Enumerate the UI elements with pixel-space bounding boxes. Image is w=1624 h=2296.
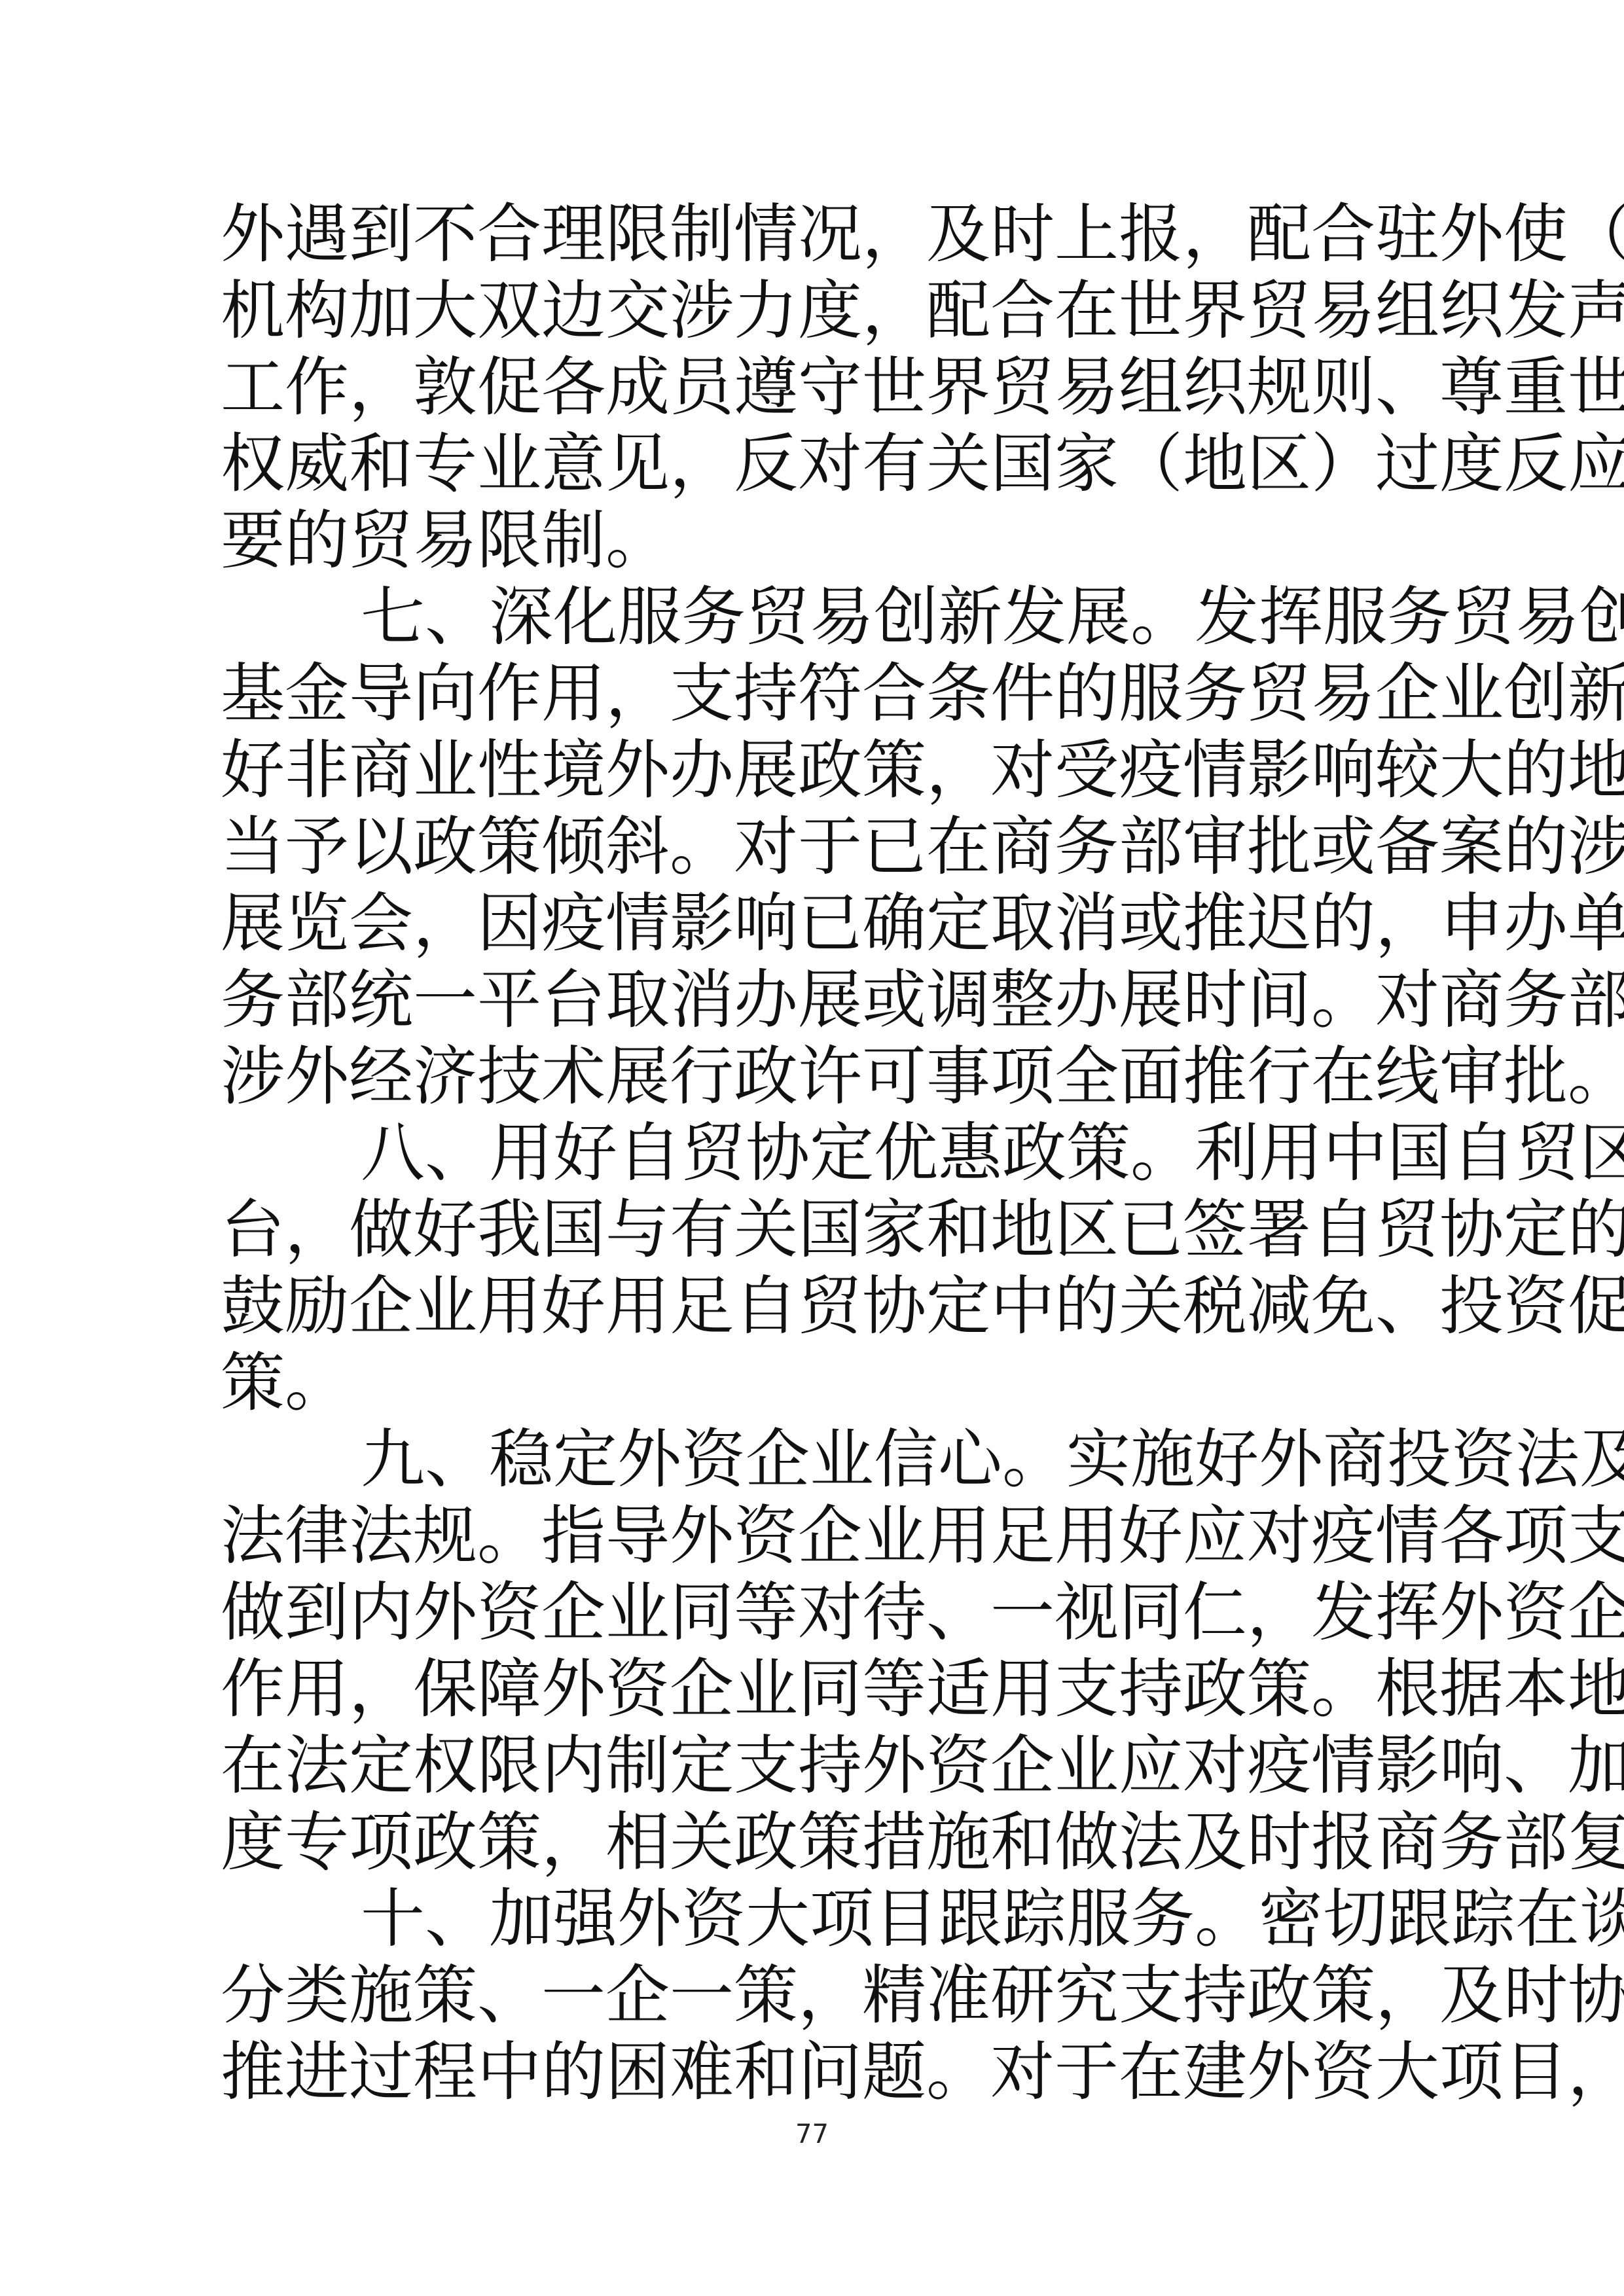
- text-line: 法律法规。指导外资企业用足用好应对疫情各项支持政策措施，: [221, 1498, 1412, 1575]
- body-text: 外遇到不合理限制情况，及时上报，配合驻外使（领）馆经商 机构加大双边交涉力度，配…: [221, 196, 1412, 2111]
- paragraph-heading-line: 八、用好自贸协定优惠政策。利用中国自贸区服务网等平: [221, 1115, 1412, 1192]
- text-line: 外遇到不合理限制情况，及时上报，配合驻外使（领）馆经商: [221, 196, 1412, 273]
- text-line: 在法定权限内制定支持外资企业应对疫情影响、加大稳外资力: [221, 1728, 1412, 1804]
- text-line: 权威和专业意见，反对有关国家（地区）过度反应和施加不必: [221, 426, 1412, 503]
- text-line: 工作，敦促各成员遵守世界贸易组织规则、尊重世界卫生组织: [221, 350, 1412, 426]
- paragraph-heading-line: 七、深化服务贸易创新发展。发挥服务贸易创新发展引导: [221, 579, 1412, 656]
- text-line: 好非商业性境外办展政策，对受疫情影响较大的地区和企业适: [221, 732, 1412, 809]
- paragraph-heading-line: 十、加强外资大项目跟踪服务。密切跟踪在谈外资大项目，: [221, 1881, 1412, 1958]
- text-line: 机构加大双边交涉力度，配合在世界贸易组织发声、做相关方: [221, 273, 1412, 350]
- page-number: 77: [0, 2119, 1624, 2149]
- text-line: 务部统一平台取消办展或调整办展时间。对商务部实施的两种: [221, 962, 1412, 1039]
- document-page: 外遇到不合理限制情况，及时上报，配合驻外使（领）馆经商 机构加大双边交涉力度，配…: [0, 0, 1624, 2296]
- text-line: 推进过程中的困难和问题。对于在建外资大项目，开展“点对: [221, 2034, 1412, 2111]
- text-line: 度专项政策，相关政策措施和做法及时报商务部复制推广。: [221, 1804, 1412, 1881]
- text-line: 基金导向作用，支持符合条件的服务贸易企业创新发展。落实: [221, 656, 1412, 732]
- text-line: 鼓励企业用好用足自贸协定中的关税减免、投资促进等优惠政: [221, 1268, 1412, 1345]
- text-line: 做到内外资企业同等对待、一视同仁，发挥外资企业投诉机制: [221, 1575, 1412, 1651]
- text-line: 策。: [221, 1345, 1412, 1422]
- text-line: 作用，保障外资企业同等适用支持政策。根据本地实际情况，: [221, 1651, 1412, 1728]
- text-line: 涉外经济技术展行政许可事项全面推行在线审批。: [221, 1039, 1412, 1115]
- text-line: 台，做好我国与有关国家和地区已签署自贸协定的宣传推广，: [221, 1192, 1412, 1268]
- text-line: 分类施策、一企一策，精准研究支持政策，及时协调解决项目: [221, 1958, 1412, 2034]
- text-line: 要的贸易限制。: [221, 503, 1412, 579]
- paragraph-heading-line: 九、稳定外资企业信心。实施好外商投资法及实施条例等: [221, 1422, 1412, 1498]
- text-line: 展览会，因疫情影响已确定取消或推迟的，申办单位可通过商: [221, 886, 1412, 962]
- text-line: 当予以政策倾斜。对于已在商务部审批或备案的涉外经济技术: [221, 809, 1412, 886]
